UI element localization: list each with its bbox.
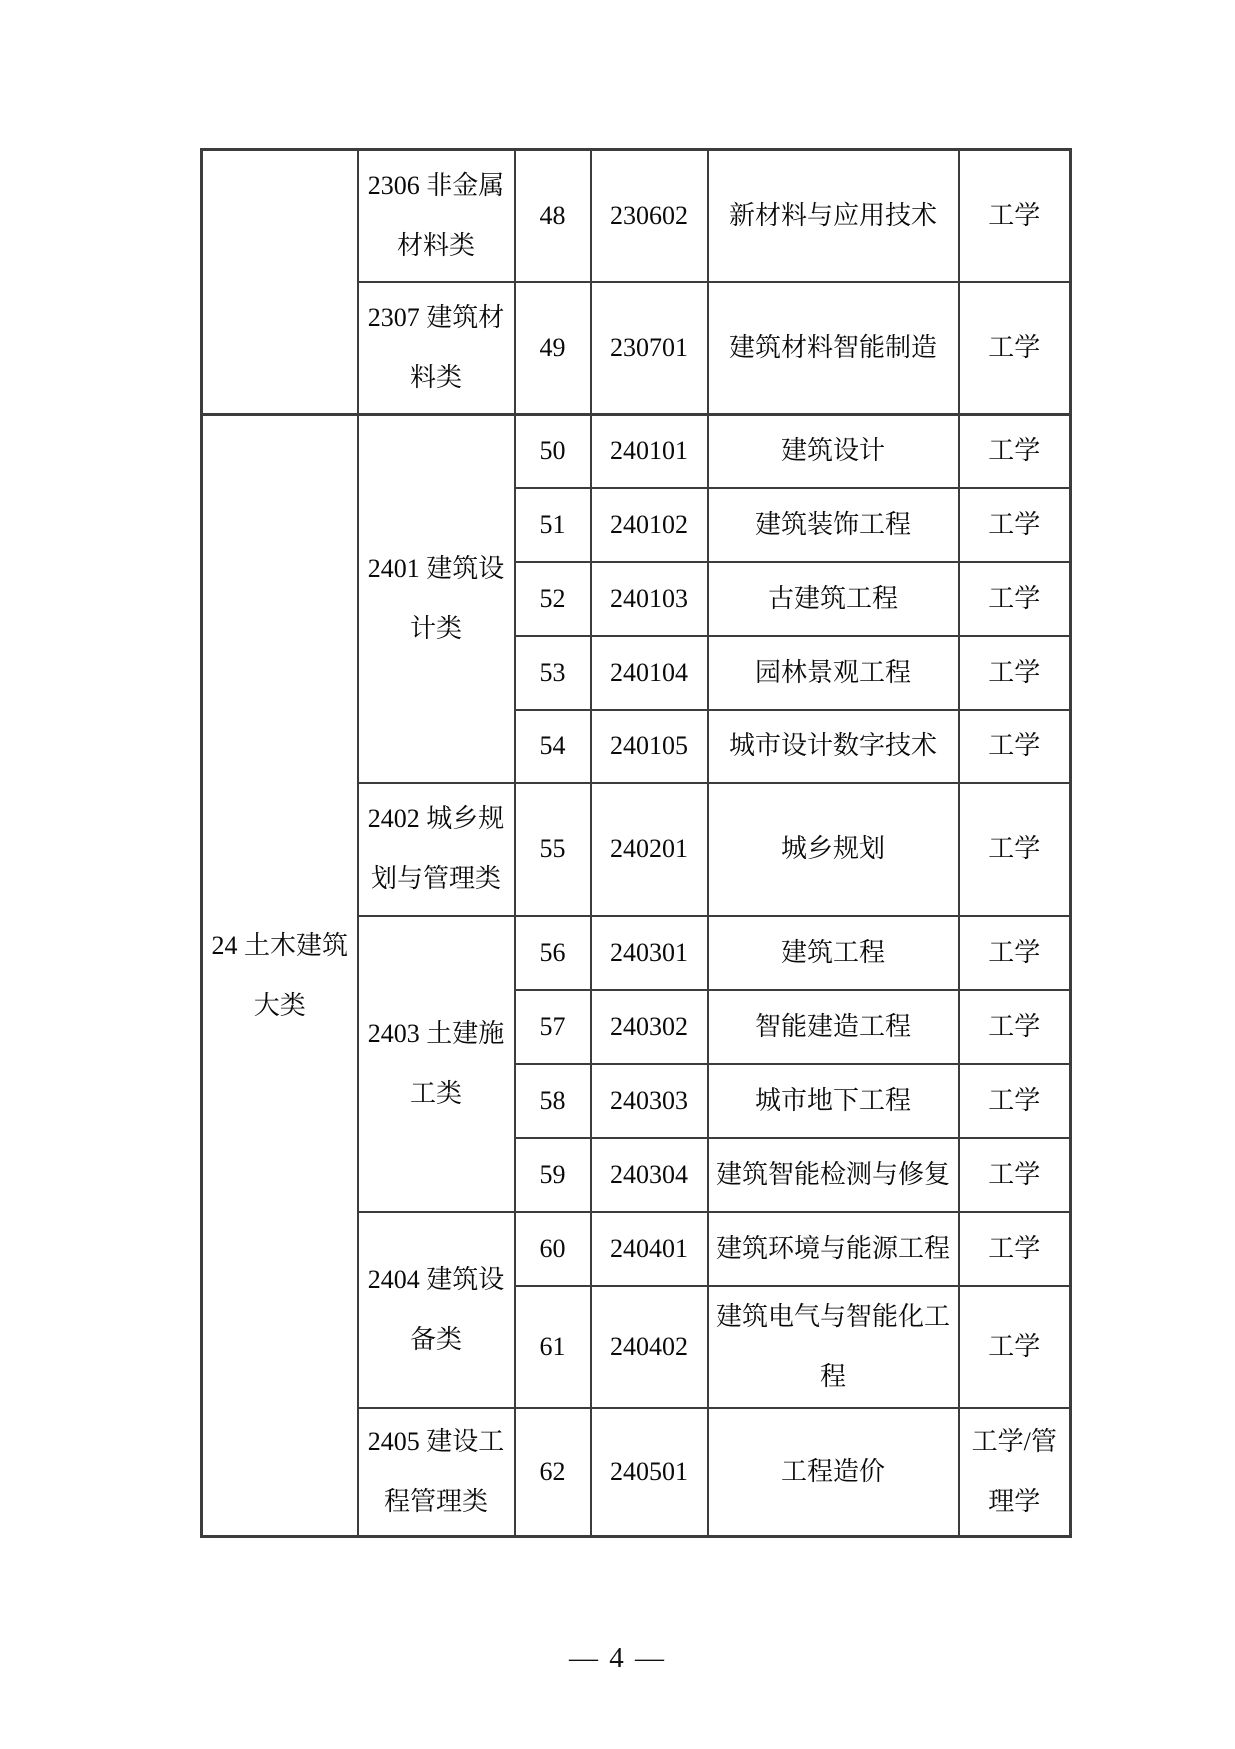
major-cell: 建筑工程 [708, 916, 959, 990]
category-cell: 24 土木建筑 大类 [202, 415, 358, 1537]
degree-cell: 工学 [959, 415, 1071, 488]
table-row: 24 土木建筑 大类 2401 建筑设 计类 50 240101 建筑设计 工学 [202, 415, 1071, 488]
subcategory-cell: 2404 建筑设 备类 [358, 1212, 515, 1408]
document-page: 2306 非金属 材料类 48 230602 新材料与应用技术 工学 2307 … [0, 0, 1235, 1749]
subcategory-cell: 2401 建筑设 计类 [358, 415, 515, 783]
degree-cell: 工学 [959, 488, 1071, 562]
code-cell: 240102 [591, 488, 708, 562]
code-cell: 230602 [591, 150, 708, 282]
major-cell: 城市地下工程 [708, 1064, 959, 1138]
code-cell: 240104 [591, 636, 708, 710]
code-cell: 240101 [591, 415, 708, 488]
degree-cell: 工学 [959, 916, 1071, 990]
major-cell: 工程造价 [708, 1408, 959, 1537]
code-cell: 240301 [591, 916, 708, 990]
degree-cell: 工学 [959, 636, 1071, 710]
degree-cell: 工学 [959, 1064, 1071, 1138]
subcategory-cell: 2403 土建施 工类 [358, 916, 515, 1212]
seq-cell: 61 [515, 1286, 591, 1408]
seq-cell: 59 [515, 1138, 591, 1212]
code-cell: 240302 [591, 990, 708, 1064]
subcategory-cell: 2307 建筑材 料类 [358, 282, 515, 415]
category-line: 24 土木建筑 [203, 916, 357, 976]
seq-cell: 52 [515, 562, 591, 636]
major-cell: 建筑智能检测与修复 [708, 1138, 959, 1212]
degree-cell: 工学 [959, 1138, 1071, 1212]
seq-cell: 50 [515, 415, 591, 488]
subcategory-line: 计类 [359, 599, 514, 659]
category-cell-empty [202, 150, 358, 415]
subcategory-line: 程管理类 [359, 1472, 514, 1532]
degree-cell: 工学 [959, 1286, 1071, 1408]
subcategory-line: 料类 [359, 348, 514, 408]
degree-cell: 工学 [959, 282, 1071, 415]
page-number: — 4 — [0, 1642, 1235, 1675]
major-cell: 智能建造工程 [708, 990, 959, 1064]
subcategory-line: 2307 建筑材 [359, 288, 514, 348]
seq-cell: 49 [515, 282, 591, 415]
subcategory-line: 2306 非金属 [359, 156, 514, 216]
degree-line: 工学/管 [960, 1412, 1070, 1472]
subcategory-cell: 2306 非金属 材料类 [358, 150, 515, 282]
major-cell: 古建筑工程 [708, 562, 959, 636]
seq-cell: 58 [515, 1064, 591, 1138]
subcategory-line: 2401 建筑设 [359, 539, 514, 599]
seq-cell: 57 [515, 990, 591, 1064]
major-cell: 建筑设计 [708, 415, 959, 488]
subcategory-line: 2405 建设工 [359, 1412, 514, 1472]
major-cell: 新材料与应用技术 [708, 150, 959, 282]
code-cell: 240402 [591, 1286, 708, 1408]
degree-cell: 工学 [959, 150, 1071, 282]
seq-cell: 60 [515, 1212, 591, 1286]
major-cell: 建筑环境与能源工程 [708, 1212, 959, 1286]
seq-cell: 53 [515, 636, 591, 710]
degree-cell: 工学/管 理学 [959, 1408, 1071, 1537]
subcategory-line: 工类 [359, 1064, 514, 1124]
code-cell: 240201 [591, 783, 708, 916]
subcategory-cell: 2405 建设工 程管理类 [358, 1408, 515, 1537]
degree-line: 理学 [960, 1472, 1070, 1532]
subcategory-cell: 2402 城乡规 划与管理类 [358, 783, 515, 916]
subcategory-line: 2403 土建施 [359, 1004, 514, 1064]
subcategory-line: 2404 建筑设 [359, 1250, 514, 1310]
code-cell: 230701 [591, 282, 708, 415]
seq-cell: 54 [515, 710, 591, 783]
degree-cell: 工学 [959, 1212, 1071, 1286]
major-cell: 建筑电气与智能化工程 [708, 1286, 959, 1408]
code-cell: 240501 [591, 1408, 708, 1537]
category-line: 大类 [203, 976, 357, 1036]
degree-cell: 工学 [959, 783, 1071, 916]
majors-table: 2306 非金属 材料类 48 230602 新材料与应用技术 工学 2307 … [200, 148, 1072, 1538]
degree-cell: 工学 [959, 562, 1071, 636]
major-cell: 建筑装饰工程 [708, 488, 959, 562]
degree-cell: 工学 [959, 710, 1071, 783]
major-cell: 建筑材料智能制造 [708, 282, 959, 415]
table-row: 2306 非金属 材料类 48 230602 新材料与应用技术 工学 [202, 150, 1071, 282]
seq-cell: 48 [515, 150, 591, 282]
seq-cell: 56 [515, 916, 591, 990]
degree-cell: 工学 [959, 990, 1071, 1064]
seq-cell: 55 [515, 783, 591, 916]
seq-cell: 51 [515, 488, 591, 562]
code-cell: 240303 [591, 1064, 708, 1138]
major-cell: 城市设计数字技术 [708, 710, 959, 783]
subcategory-line: 材料类 [359, 216, 514, 276]
subcategory-line: 备类 [359, 1310, 514, 1370]
major-cell: 城乡规划 [708, 783, 959, 916]
code-cell: 240103 [591, 562, 708, 636]
major-cell: 园林景观工程 [708, 636, 959, 710]
subcategory-line: 划与管理类 [359, 849, 514, 909]
subcategory-line: 2402 城乡规 [359, 789, 514, 849]
seq-cell: 62 [515, 1408, 591, 1537]
code-cell: 240401 [591, 1212, 708, 1286]
code-cell: 240304 [591, 1138, 708, 1212]
code-cell: 240105 [591, 710, 708, 783]
